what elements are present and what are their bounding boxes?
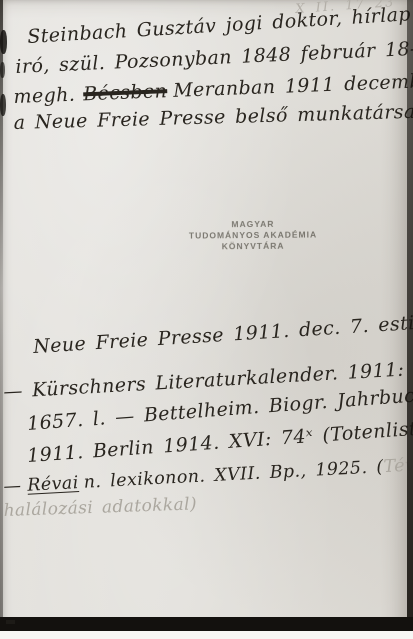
library-stamp: MAGYAR TUDOMÁNYOS AKADÉMIA KÖNYVTÁRA (178, 218, 328, 252)
scan-bottom-edge (0, 617, 413, 631)
edge-ink-blob (0, 30, 7, 54)
crossed-out-word: Bécsben (83, 80, 168, 105)
scan-right-edge (407, 0, 413, 639)
line3-prefix: megh. (13, 84, 76, 108)
edge-ink-blob (0, 94, 6, 116)
stamp-line-3: KÖNYVTÁRA (178, 240, 328, 252)
stamp-line-2: TUDOMÁNYOS AKADÉMIA (178, 229, 328, 241)
line9-dash: — (3, 476, 22, 497)
scan-bottom-strip (0, 631, 413, 639)
underlined-word: Révai (27, 473, 79, 496)
edge-speck (6, 620, 15, 624)
scanned-card: X II. 17 23 Steinbach Gusztáv jogi dokto… (0, 0, 413, 639)
edge-ink-blob (0, 62, 5, 78)
